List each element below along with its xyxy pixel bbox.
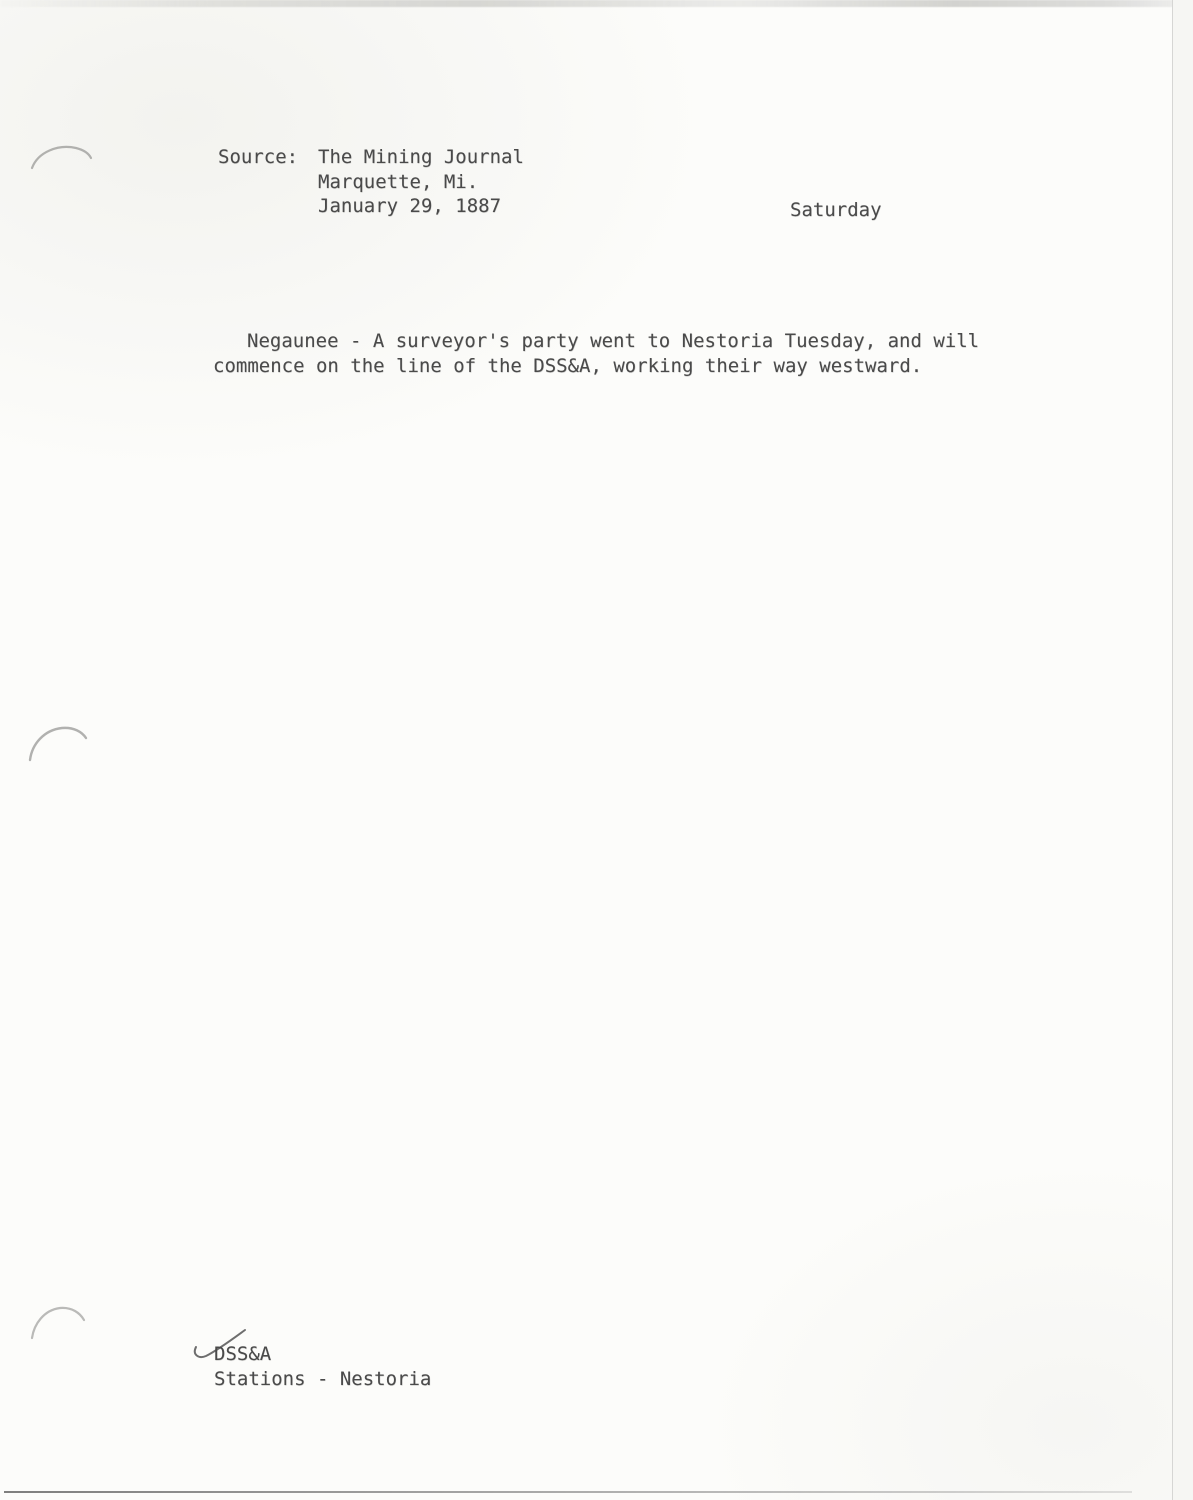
scanned-document-page: Source: The Mining Journal Marquette, Mi…	[0, 0, 1193, 1500]
page-right-edge	[1172, 0, 1193, 1500]
body-text-line-1: Negaunee - A surveyor's party went to Ne…	[247, 330, 979, 352]
binder-shadow-arc	[24, 722, 90, 764]
source-label: Source:	[218, 146, 298, 168]
scan-top-edge-band	[0, 0, 1193, 7]
publication-location: Marquette, Mi.	[318, 171, 478, 193]
scan-bottom-edge-line	[4, 1491, 1132, 1493]
footer-railroad-label: DSS&A	[214, 1343, 271, 1365]
binder-shadow-arc	[28, 140, 94, 174]
publication-date: January 29, 1887	[318, 195, 501, 217]
binder-shadow-arc	[28, 1302, 88, 1342]
footer-station-label: Stations - Nestoria	[214, 1368, 431, 1390]
publication-name: The Mining Journal	[318, 146, 524, 168]
body-text-line-2: commence on the line of the DSS&A, worki…	[213, 355, 922, 377]
publication-day: Saturday	[790, 199, 882, 221]
